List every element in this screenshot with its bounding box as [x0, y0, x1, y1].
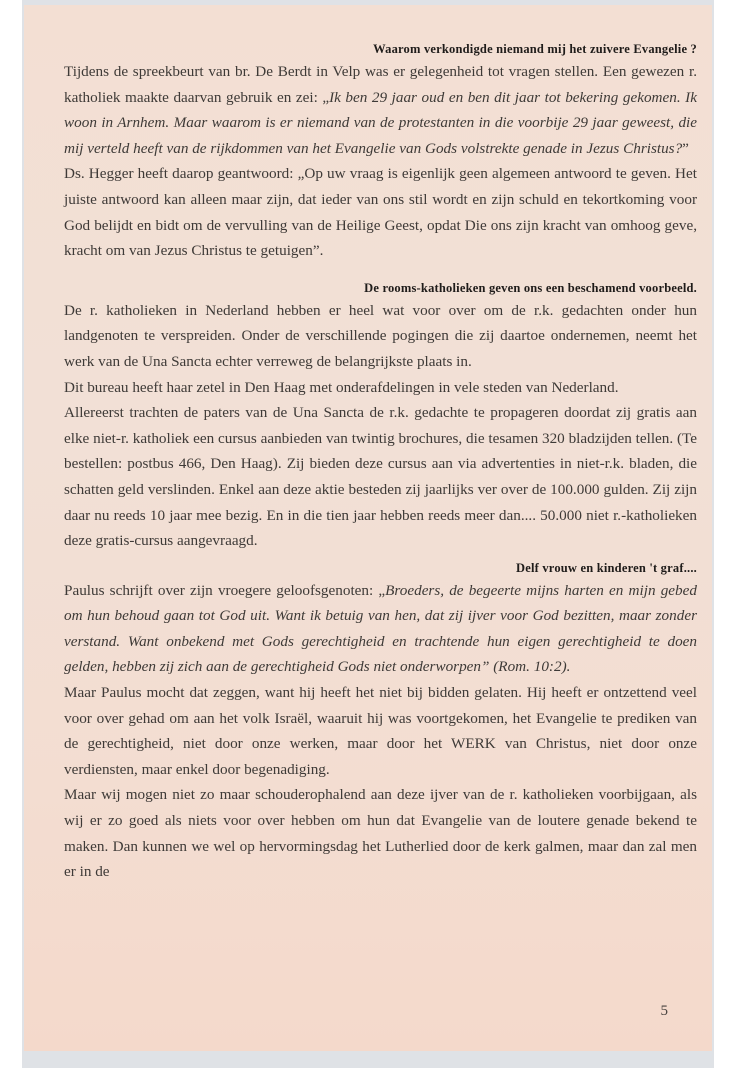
section-heading: Delf vrouw en kinderen 't graf.... [64, 558, 697, 578]
text-segment: Maar wij mogen niet zo maar schouderopha… [64, 786, 697, 880]
text-segment: Allereerst trachten de paters van de Una… [64, 404, 697, 549]
section-heading: De rooms-katholieken geven ons een besch… [64, 278, 697, 298]
text-segment: Maar Paulus mocht dat zeggen, want hij h… [64, 684, 697, 778]
page-number: 5 [661, 1003, 669, 1020]
page-content: Waarom verkondigde niemand mij het zuive… [64, 39, 697, 885]
text-segment: Dit bureau heeft haar zetel in Den Haag … [64, 379, 619, 396]
paragraph: Tijdens de spreekbeurt van br. De Berdt … [64, 59, 697, 161]
text-segment: ” [682, 140, 689, 157]
paragraph: Dit bureau heeft haar zetel in Den Haag … [64, 375, 697, 401]
text-segment: Ds. Hegger heeft daarop geantwoord: „Op … [64, 165, 697, 259]
text-segment: De r. katholieken in Nederland hebben er… [64, 302, 697, 370]
paragraph: Paulus schrijft over zijn vroegere geloo… [64, 578, 697, 680]
text-segment: Paulus schrijft over zijn vroegere geloo… [64, 582, 385, 599]
paragraph: Maar Paulus mocht dat zeggen, want hij h… [64, 680, 697, 782]
paragraph: De r. katholieken in Nederland hebben er… [64, 298, 697, 375]
paragraph: Allereerst trachten de paters van de Una… [64, 400, 697, 554]
section-heading: Waarom verkondigde niemand mij het zuive… [64, 39, 697, 59]
document-page: Waarom verkondigde niemand mij het zuive… [24, 5, 712, 1051]
paragraph: Maar wij mogen niet zo maar schouderopha… [64, 782, 697, 884]
paragraph: Ds. Hegger heeft daarop geantwoord: „Op … [64, 161, 697, 263]
